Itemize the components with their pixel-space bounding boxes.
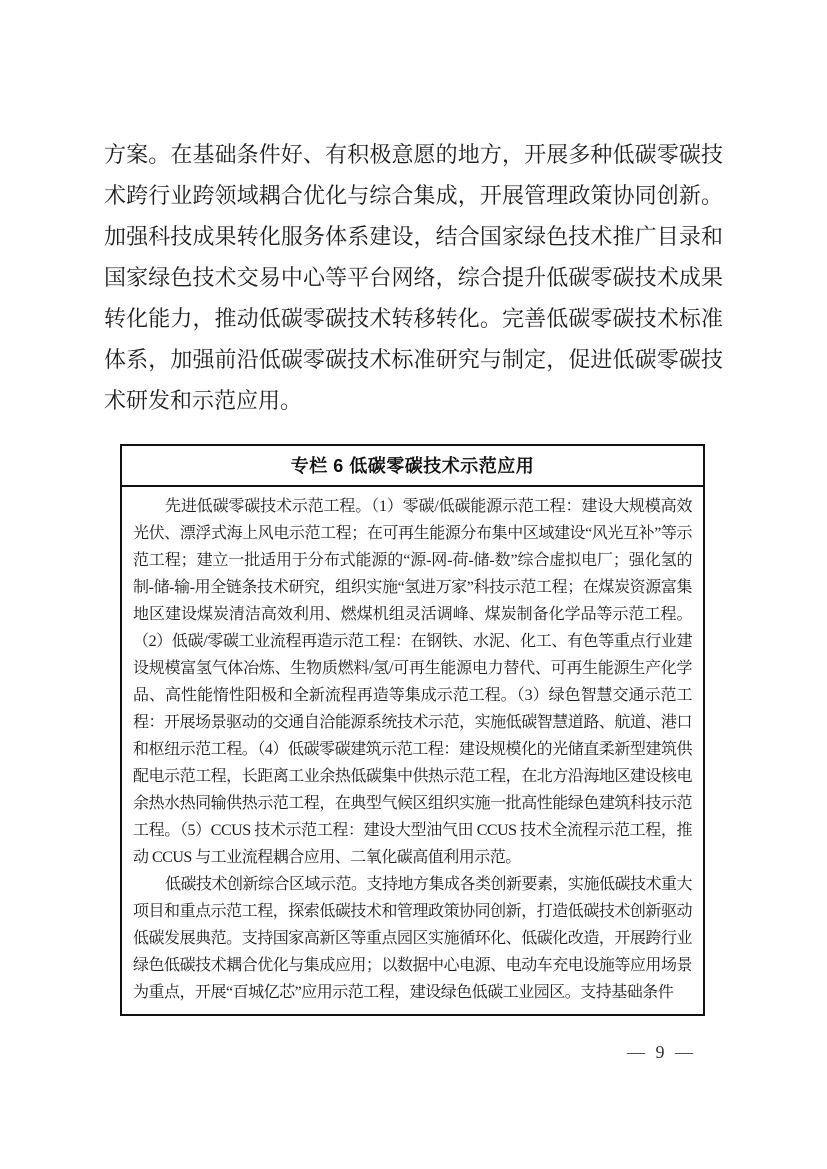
callout-box-body: 先进低碳零碳技术示范工程。（1）零碳/低碳能源示范工程：建设大规模高效光伏、漂浮… bbox=[122, 487, 703, 1014]
callout-box-paragraph-1: 先进低碳零碳技术示范工程。（1）零碳/低碳能源示范工程：建设大规模高效光伏、漂浮… bbox=[133, 493, 692, 871]
callout-box: 专栏 6 低碳零碳技术示范应用 先进低碳零碳技术示范工程。（1）零碳/低碳能源示… bbox=[120, 444, 705, 1016]
page-number: — 9 — bbox=[600, 1040, 720, 1064]
document-page: 方案。在基础条件好、有积极意愿的地方，开展多种低碳零碳技术跨行业跨领域耦合优化与… bbox=[0, 0, 827, 1169]
callout-box-title: 专栏 6 低碳零碳技术示范应用 bbox=[122, 446, 703, 487]
callout-box-paragraph-2: 低碳技术创新综合区域示范。支持地方集成各类创新要素，实施低碳技术重大项目和重点示… bbox=[133, 871, 692, 1006]
body-paragraph: 方案。在基础条件好、有积极意愿的地方，开展多种低碳零碳技术跨行业跨领域耦合优化与… bbox=[104, 134, 723, 421]
